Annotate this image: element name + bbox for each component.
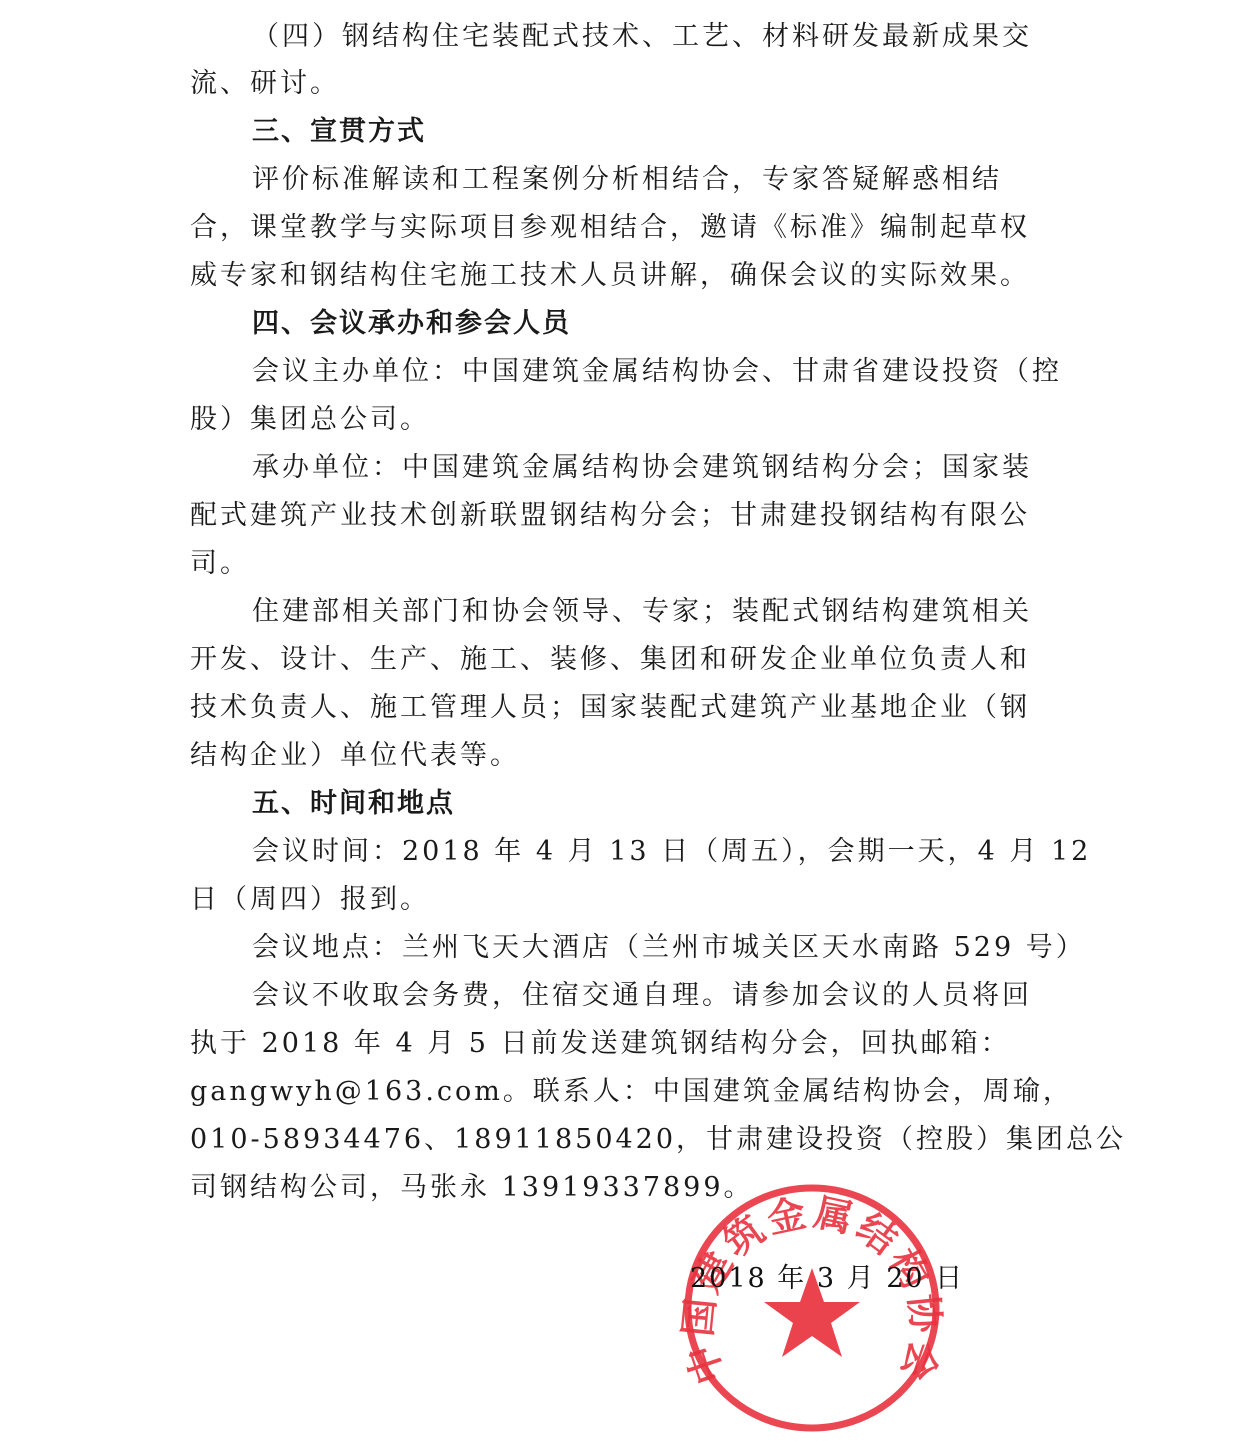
section-heading-3: 三、宣贯方式 bbox=[252, 115, 426, 149]
text-line: 司。 bbox=[190, 547, 250, 581]
text-line: 评价标准解读和工程案例分析相结合，专家答疑解惑相结 bbox=[252, 163, 1002, 197]
text-line: 股）集团总公司。 bbox=[190, 403, 430, 437]
text-line: 会议时间：2018 年 4 月 13 日（周五），会期一天，4 月 12 bbox=[252, 835, 1091, 869]
text-line: 流、研讨。 bbox=[190, 67, 340, 101]
text-line: 会议地点：兰州飞天大酒店（兰州市城关区天水南路 529 号） bbox=[252, 931, 1086, 965]
official-seal-stamp: 中国建筑金属结构协会 bbox=[676, 1180, 948, 1436]
text-line: 010-58934476、18911850420，甘肃建设投资（控股）集团总公 bbox=[190, 1123, 1126, 1157]
text-line: 配式建筑产业技术创新联盟钢结构分会；甘肃建投钢结构有限公 bbox=[190, 499, 1030, 533]
text-line: 执于 2018 年 4 月 5 日前发送建筑钢结构分会，回执邮箱： bbox=[190, 1027, 1011, 1061]
text-line: 合，课堂教学与实际项目参观相结合，邀请《标准》编制起草权 bbox=[190, 211, 1030, 245]
text-line: 会议主办单位：中国建筑金属结构协会、甘肃省建设投资（控 bbox=[252, 355, 1062, 389]
text-line: 住建部相关部门和协会领导、专家；装配式钢结构建筑相关 bbox=[252, 595, 1032, 629]
text-line: 技术负责人、施工管理人员；国家装配式建筑产业基地企业（钢 bbox=[190, 691, 1030, 725]
text-line: 承办单位：中国建筑金属结构协会建筑钢结构分会；国家装 bbox=[252, 451, 1032, 485]
text-line: 开发、设计、生产、施工、装修、集团和研发企业单位负责人和 bbox=[190, 643, 1030, 677]
text-line: 威专家和钢结构住宅施工技术人员讲解，确保会议的实际效果。 bbox=[190, 259, 1030, 293]
text-line: 日（周四）报到。 bbox=[190, 883, 430, 917]
text-line: 会议不收取会务费，住宿交通自理。请参加会议的人员将回 bbox=[252, 979, 1032, 1013]
section-heading-5: 五、时间和地点 bbox=[252, 787, 455, 821]
signature-date: 2018 年 3 月 20 日 bbox=[690, 1262, 964, 1296]
section-heading-4: 四、会议承办和参会人员 bbox=[252, 307, 571, 341]
text-line: gangwyh@163.com。联系人：中国建筑金属结构协会，周瑜， bbox=[190, 1075, 1073, 1109]
document-page: （四）钢结构住宅装配式技术、工艺、材料研发最新成果交 流、研讨。 三、宣贯方式 … bbox=[0, 0, 1234, 1452]
text-line: 司钢结构公司，马张永 13919337899。 bbox=[190, 1171, 754, 1205]
text-line: （四）钢结构住宅装配式技术、工艺、材料研发最新成果交 bbox=[252, 20, 1032, 54]
text-line: 结构企业）单位代表等。 bbox=[190, 739, 520, 773]
